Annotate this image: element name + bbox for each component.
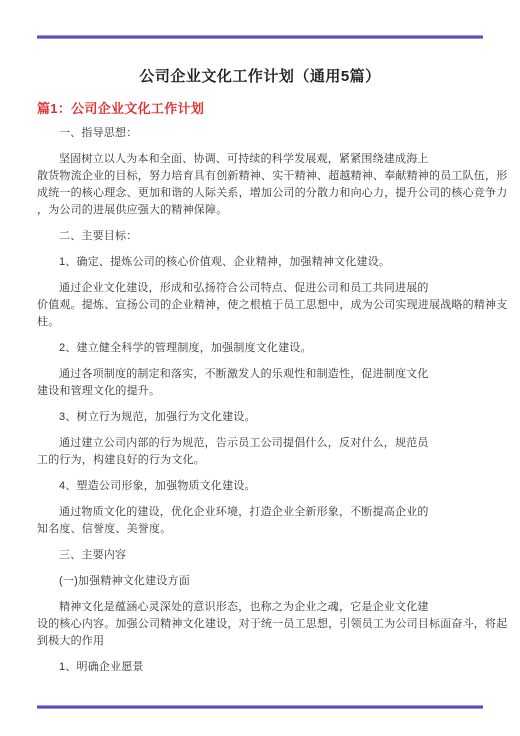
text-line: 建设和管理文化的提升。 xyxy=(37,383,483,400)
paragraph: 二、主要目标： xyxy=(37,228,483,245)
text-line: 一、指导思想： xyxy=(37,125,483,142)
document-page: 公司企业文化工作计划（通用5篇） 篇1：公司企业文化工作计划 一、指导思想：坚固… xyxy=(0,0,520,736)
text-line: 1、确定、提炼公司的核心价值观、企业精神，加强精神文化建设。 xyxy=(37,254,483,271)
text-line: 坚固树立以人为本和全面、协调、可持续的科学发展观，紧紧围绕建成海上 xyxy=(37,151,483,168)
text-line: 4、塑造公司形象，加强物质文化建设。 xyxy=(37,478,483,495)
paragraph: 精神文化是蕴涵心灵深处的意识形态，也称之为企业之魂，它是企业文化建设的核心内容。… xyxy=(37,599,483,650)
text-line: 2、建立健全科学的管理制度，加强制度文化建设。 xyxy=(37,340,483,357)
text-line: 3、树立行为规范，加强行为文化建设。 xyxy=(37,409,483,426)
text-line: 二、主要目标： xyxy=(37,228,483,245)
paragraph: 2、建立健全科学的管理制度，加强制度文化建设。 xyxy=(37,340,483,357)
paragraph: 三、主要内容 xyxy=(37,547,483,564)
text-line: 通过企业文化建设，形成和弘扬符合公司特点、促进公司和员工共同进展的 xyxy=(37,280,483,297)
text-line: (一)加强精神文化建设方面 xyxy=(37,573,483,590)
text-line: 到极大的作用 xyxy=(37,633,483,650)
paragraph: 一、指导思想： xyxy=(37,125,483,142)
paragraph: 通过企业文化建设，形成和弘扬符合公司特点、促进公司和员工共同进展的价值观。提炼、… xyxy=(37,280,483,331)
text-line: 通过各项制度的制定和落实，不断激发人的乐观性和制造性，促进制度文化 xyxy=(37,366,483,383)
section-heading: 篇1：公司企业文化工作计划 xyxy=(37,100,483,118)
paragraph: 通过各项制度的制定和落实，不断激发人的乐观性和制造性，促进制度文化建设和管理文化… xyxy=(37,366,483,400)
top-rule xyxy=(37,35,483,39)
doc-body: 一、指导思想：坚固树立以人为本和全面、协调、可持续的科学发展观，紧紧围绕建成海上… xyxy=(37,125,483,676)
text-line: 精神文化是蕴涵心灵深处的意识形态，也称之为企业之魂，它是企业文化建 xyxy=(37,599,483,616)
paragraph: 1、确定、提炼公司的核心价值观、企业精神，加强精神文化建设。 xyxy=(37,254,483,271)
text-line: 三、主要内容 xyxy=(37,547,483,564)
text-line: 柱。 xyxy=(37,314,483,331)
page-title: 公司企业文化工作计划（通用5篇） xyxy=(37,67,483,87)
text-line: 价值观。提炼、宣扬公司的企业精神，使之根植于员工思想中，成为公司实现进展战略的精… xyxy=(37,297,483,314)
paragraph: 通过物质文化的建设，优化企业环境，打造企业全新形象，不断提高企业的知名度、信誉度… xyxy=(37,504,483,538)
paragraph: (一)加强精神文化建设方面 xyxy=(37,573,483,590)
paragraph: 坚固树立以人为本和全面、协调、可持续的科学发展观，紧紧围绕建成海上散货物流企业的… xyxy=(37,151,483,219)
text-line: 通过物质文化的建设，优化企业环境，打造企业全新形象，不断提高企业的 xyxy=(37,504,483,521)
text-line: 设的核心内容。加强公司精神文化建设，对于统一员工思想，引领员工为公司目标面奋斗，… xyxy=(37,616,483,633)
bottom-rule xyxy=(37,705,483,709)
text-line: 成统一的核心理念、更加和谐的人际关系，增加公司的分散力和向心力，提升公司的核心竞… xyxy=(37,185,483,202)
text-line: 工的行为，构建良好的行为文化。 xyxy=(37,452,483,469)
document-content: 公司企业文化工作计划（通用5篇） 篇1：公司企业文化工作计划 一、指导思想：坚固… xyxy=(37,60,483,685)
text-line: 通过建立公司内部的行为规范，告示员工公司提倡什么，反对什么，规范员 xyxy=(37,435,483,452)
text-line: 知名度、信誉度、美誉度。 xyxy=(37,521,483,538)
text-line: 1、明确企业愿景 xyxy=(37,659,483,676)
paragraph: 3、树立行为规范，加强行为文化建设。 xyxy=(37,409,483,426)
paragraph: 通过建立公司内部的行为规范，告示员工公司提倡什么，反对什么，规范员工的行为，构建… xyxy=(37,435,483,469)
paragraph: 4、塑造公司形象，加强物质文化建设。 xyxy=(37,478,483,495)
text-line: ，为公司的进展供应强大的精神保障。 xyxy=(37,202,483,219)
text-line: 散货物流企业的目标，努力培育具有创新精神、实干精神、超越精神、奉献精神的员工队伍… xyxy=(37,168,483,185)
paragraph: 1、明确企业愿景 xyxy=(37,659,483,676)
